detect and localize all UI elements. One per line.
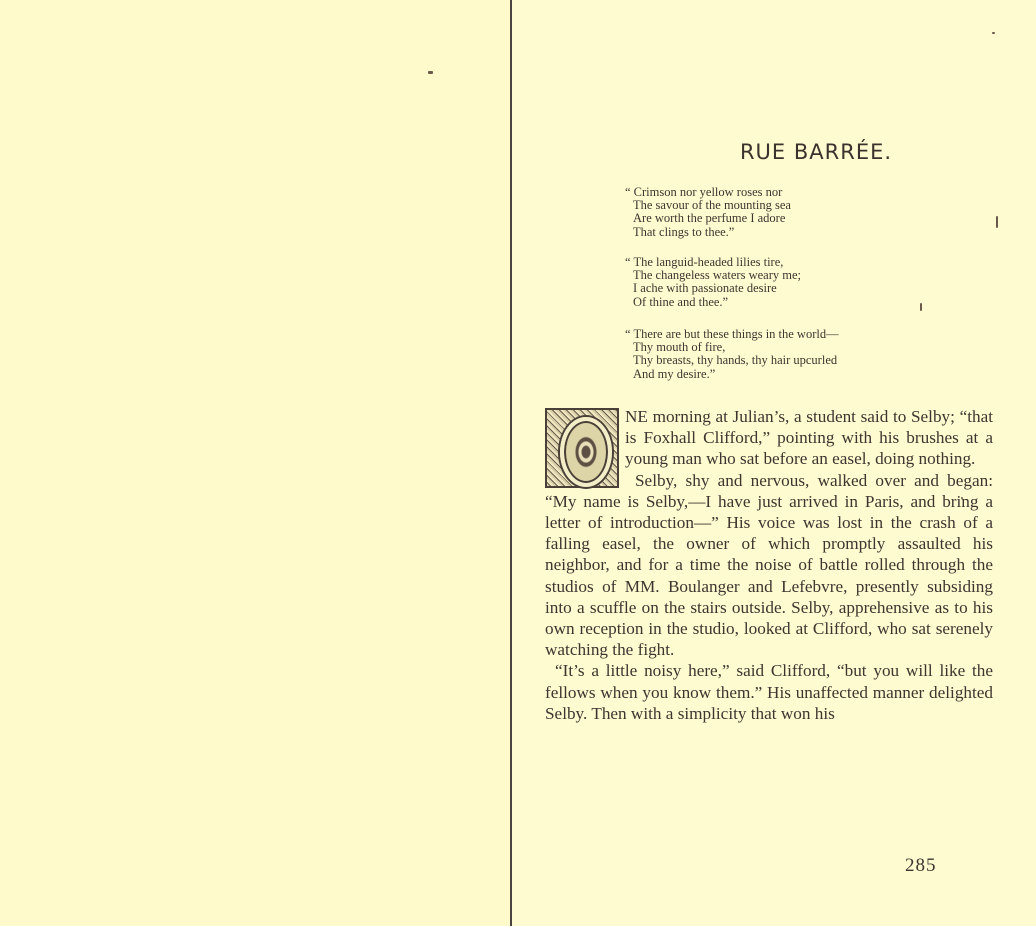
chapter-title: RUE BARRÉE.	[512, 140, 1036, 164]
paragraph: Selby, shy and nervous, walked over and …	[545, 470, 993, 661]
epigraph-line: Are worth the perfume I adore	[625, 212, 965, 225]
epigraph-line: I ache with passionate desire	[625, 282, 965, 295]
epigraph-line: Thy breasts, thy hands, thy hair upcurle…	[625, 354, 965, 367]
epigraph-line: That clings to thee.”	[625, 226, 965, 239]
ink-speck	[428, 71, 433, 74]
page-number: 285	[905, 855, 937, 877]
epigraph-stanza-3: “ There are but these things in the worl…	[625, 328, 965, 381]
chapter-title-text: RUE BARRÉE.	[740, 140, 892, 164]
left-page	[0, 0, 510, 926]
epigraph-stanza-2: “ The languid-headed lilies tire, The ch…	[625, 256, 965, 309]
epigraph-stanza-1: “ Crimson nor yellow roses nor The savou…	[625, 186, 965, 239]
right-page: RUE BARRÉE. “ Crimson nor yellow roses n…	[512, 0, 1036, 926]
paragraph: “It’s a little noisy here,” said Cliffor…	[545, 660, 993, 724]
ink-speck	[996, 216, 998, 228]
epigraph-line: Of thine and thee.”	[625, 296, 965, 309]
ornamental-drop-cap-icon: O	[545, 408, 619, 488]
chapter-body: O NE morning at Julian’s, a student said…	[545, 406, 993, 724]
drop-cap-ornament	[560, 417, 612, 487]
ink-speck	[992, 32, 995, 34]
epigraph-line: And my desire.”	[625, 368, 965, 381]
